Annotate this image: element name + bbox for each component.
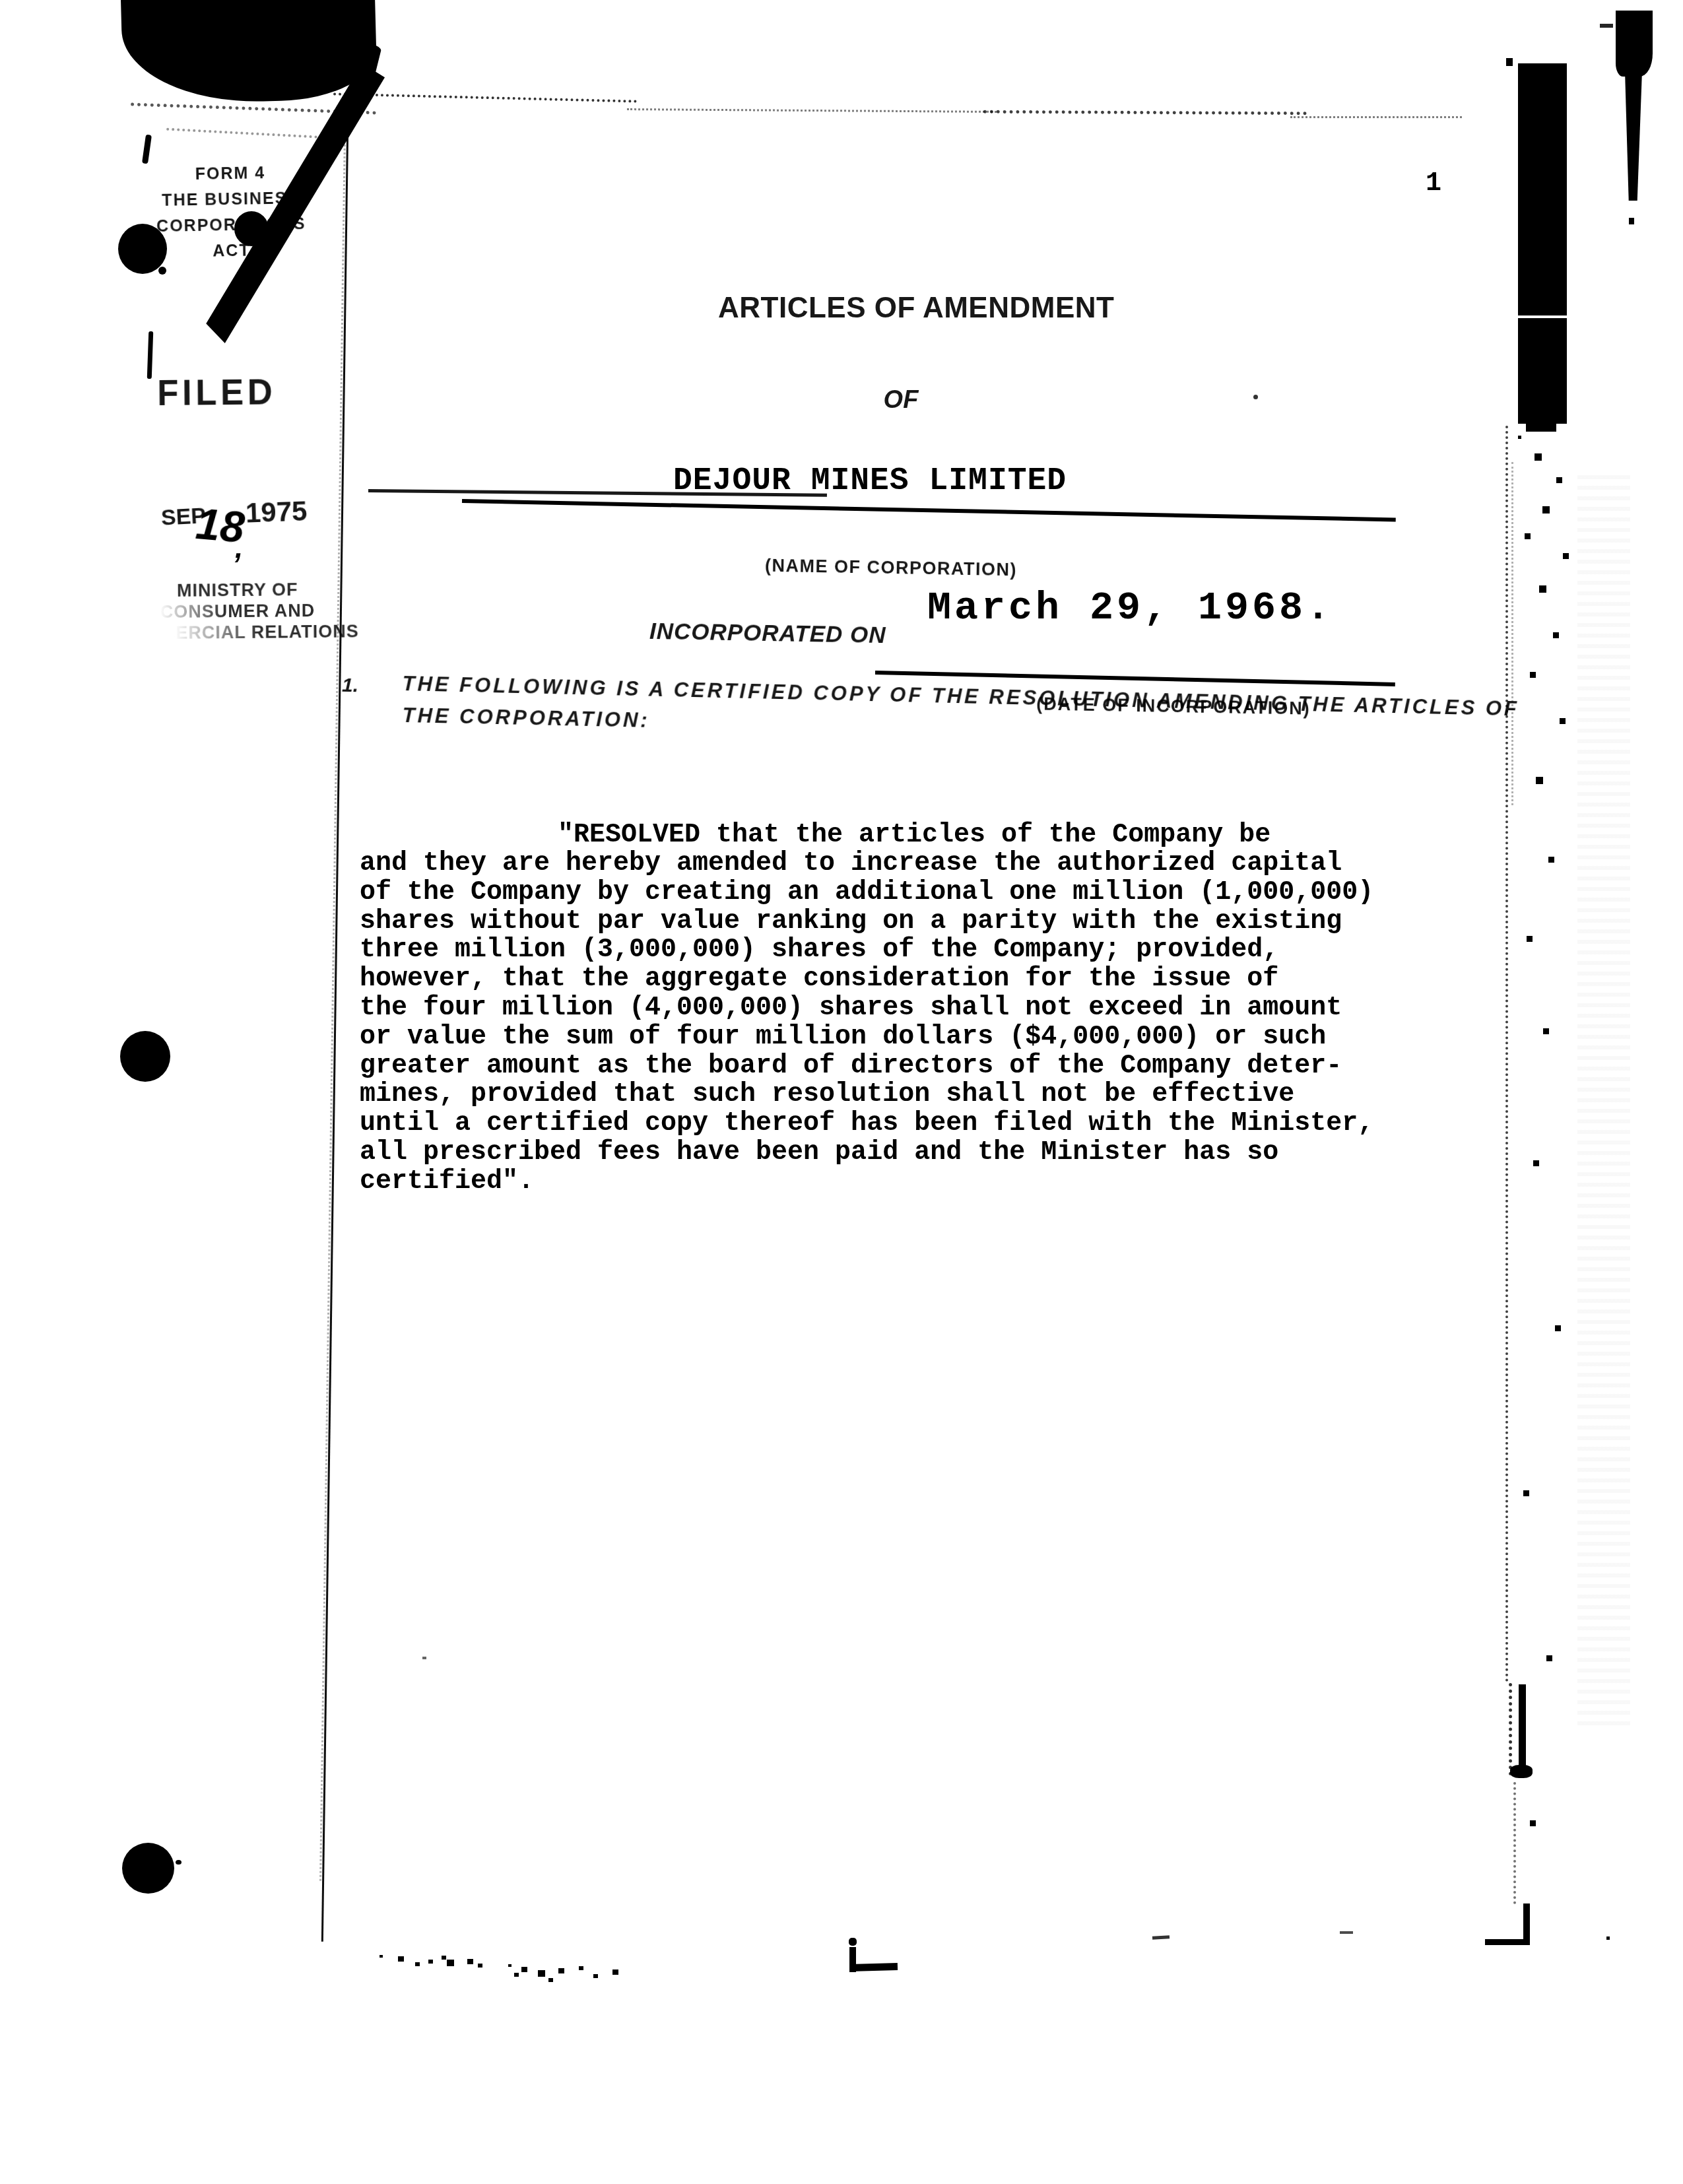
page-title: ARTICLES OF AMENDMENT <box>718 292 1077 325</box>
scanner-bar-fray <box>1526 422 1556 432</box>
form-stamp-line: THE BUSINESS <box>128 185 333 214</box>
corner-mark-dot <box>1629 218 1634 224</box>
punch-hole <box>122 1843 174 1894</box>
name-underline <box>462 499 1396 521</box>
form-stamp-line: FORM 4 <box>128 159 333 188</box>
page-number: 1 <box>1426 169 1441 199</box>
right-noise-rule <box>1509 1683 1512 1775</box>
stray-tick <box>147 331 154 379</box>
left-margin-rule <box>321 90 349 1942</box>
left-margin-rule-fuzz <box>319 132 346 1881</box>
punch-hole <box>120 1031 170 1082</box>
scan-speckles <box>508 1964 511 1967</box>
scan-speckles <box>1518 436 1521 439</box>
incorporated-date: March 29, 1968. <box>927 586 1333 631</box>
scan-speckles <box>379 1955 383 1958</box>
item1-line: THE CORPORATION: <box>402 704 650 733</box>
right-noise-rule <box>1513 1782 1516 1904</box>
filed-stamp: FILED <box>157 370 277 414</box>
scan-noise-line <box>627 108 997 113</box>
filed-stamp-year: 1975 <box>245 495 308 529</box>
filed-stamp-comma: , <box>235 532 243 565</box>
scan-noise-dot <box>1253 395 1258 399</box>
scan-noise-line <box>1290 116 1462 118</box>
stamp-fade-overlay <box>104 624 259 651</box>
scan-noise-dash <box>1152 1935 1170 1939</box>
incorporated-label: INCORPORATED ON <box>649 618 886 649</box>
scan-noise-dot <box>422 1657 426 1659</box>
right-noise-rule-fuzz <box>1511 462 1513 805</box>
right-noise-blob <box>1510 1765 1533 1778</box>
scan-grey-streaks <box>1577 475 1630 1729</box>
right-noise-rule-solid <box>1519 1684 1526 1770</box>
scan-noise-line <box>983 110 1307 116</box>
scanner-bar <box>1518 63 1567 424</box>
resolution-first-line: "RESOLVED that the articles of the Compa… <box>558 820 1270 850</box>
scan-noise-dash <box>1340 1931 1353 1934</box>
name-caption: (NAME OF CORPORATION) <box>744 555 1038 581</box>
bottom-bracket-horizontal <box>850 1963 898 1971</box>
bottom-right-bracket-vertical <box>1523 1903 1530 1944</box>
scanned-document-page: { "page": { "number": "1" }, "stamps": {… <box>0 0 1683 2184</box>
right-noise-rule <box>1505 426 1508 1683</box>
scanner-bar-notch <box>1506 58 1513 66</box>
ministry-stamp-line: MINISTRY OF <box>99 578 376 602</box>
corner-mark <box>1616 11 1653 77</box>
scan-noise-dot <box>1606 1936 1610 1940</box>
bottom-bracket-dot <box>849 1938 857 1946</box>
stray-tick <box>142 135 152 164</box>
punch-hole <box>118 224 167 274</box>
bottom-right-bracket-horizontal <box>1485 1939 1530 1945</box>
corner-mark-tail <box>1625 71 1642 201</box>
scan-noise-dash <box>1600 24 1613 28</box>
punch-hole-speck <box>158 267 166 275</box>
scan-noise-line <box>333 92 637 102</box>
stamp-fade-overlay <box>132 602 224 626</box>
page-title-of: OF <box>878 386 924 414</box>
item1-number: 1. <box>342 675 359 698</box>
punch-hole <box>234 211 269 246</box>
ink-blob-fringe <box>166 128 328 139</box>
scanner-bar-slit <box>1518 315 1567 318</box>
punch-hole-speck <box>176 1860 181 1865</box>
resolution-body: and they are hereby amended to increase … <box>360 849 1373 1197</box>
